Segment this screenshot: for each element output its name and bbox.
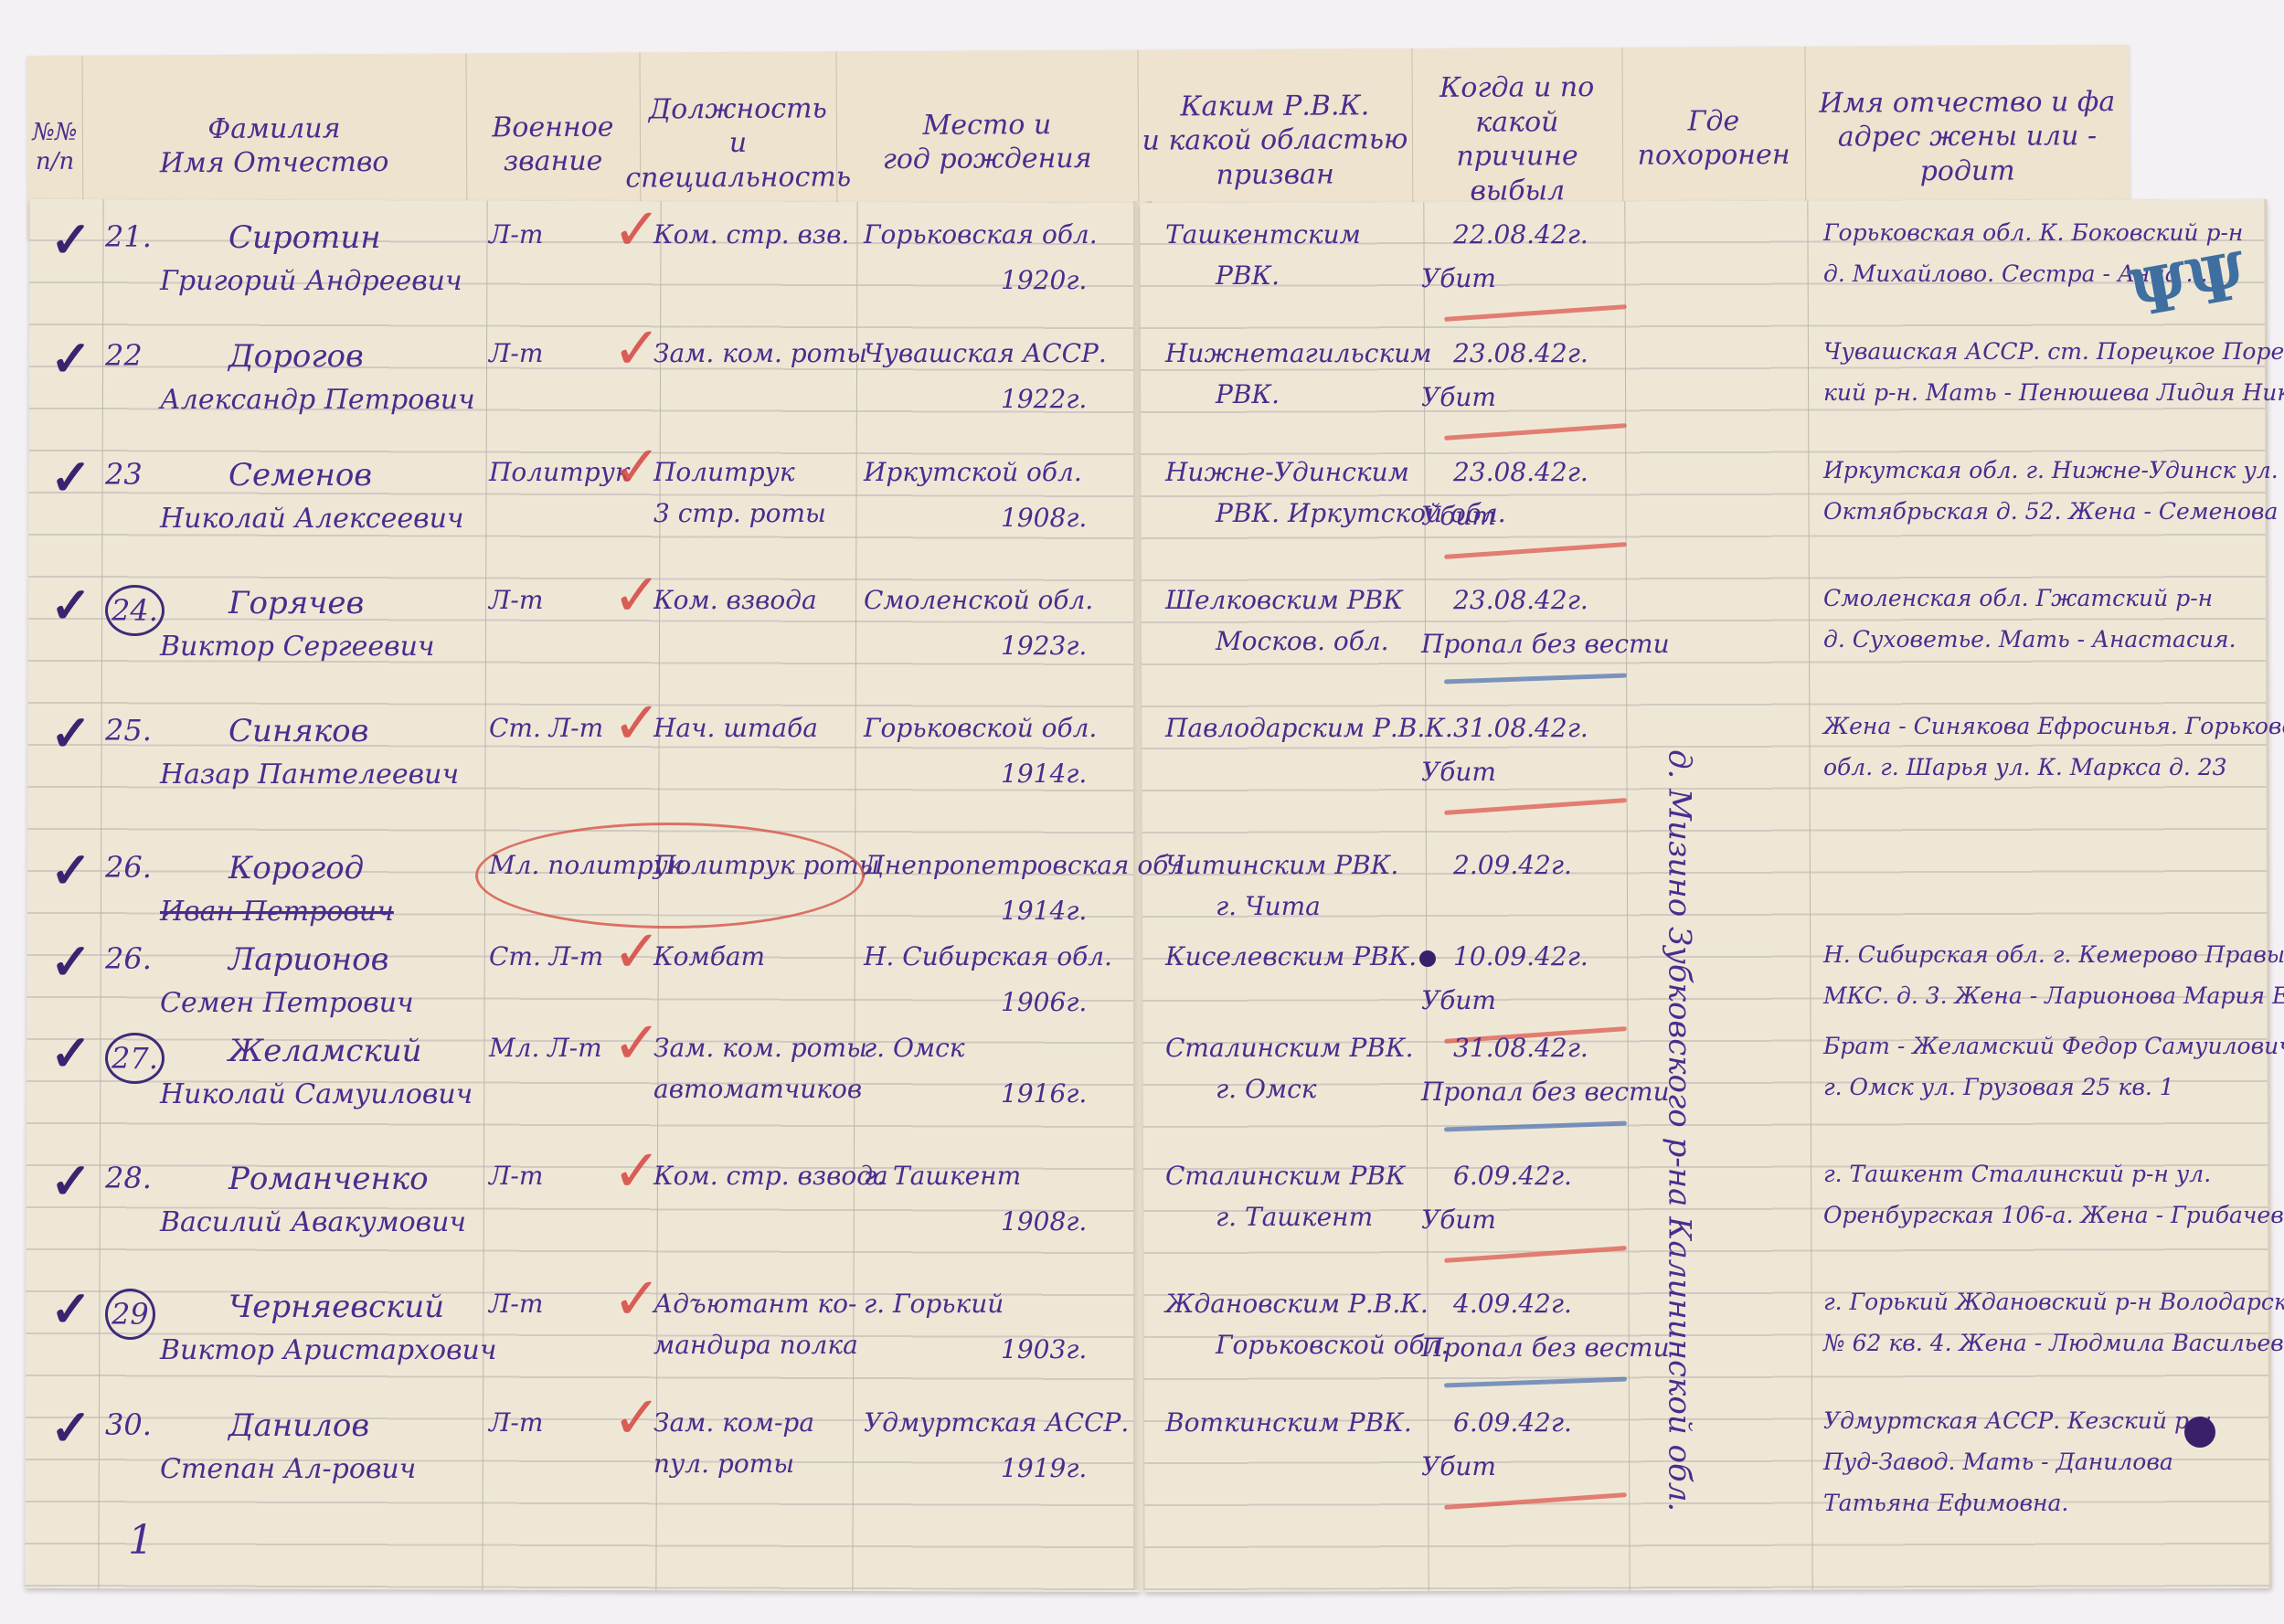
departure-date: 6.09.42г.: [1453, 1407, 1572, 1438]
surname: Ларионов: [228, 941, 388, 978]
header-buried-top: Где: [1687, 104, 1739, 139]
military-rank: Л-т: [489, 1407, 543, 1438]
relative-address-line: Жена - Синякова Ефросинья. Горьковская: [1823, 713, 2284, 739]
given-names: Виктор Сергеевич: [160, 631, 435, 663]
row-number: 26.: [105, 941, 152, 976]
birth-year: 1923г.: [1001, 631, 1087, 661]
birthplace: Смоленской обл.: [864, 585, 1093, 615]
relative-address-line: обл. г. Шарья ул. К. Маркса д. 23: [1823, 754, 2227, 780]
row-number: 23: [105, 457, 143, 492]
relative-address-line: № 62 кв. 4. Жена - Людмила Васильев.: [1823, 1330, 2284, 1356]
given-names: Николай Самуилович: [160, 1078, 473, 1110]
draft-office: Читинским РВК.: [1165, 850, 1398, 880]
check-mark-icon: ✓: [50, 1398, 91, 1457]
header-rvk-bottom: призван: [1216, 157, 1334, 192]
departure-date: 4.09.42г.: [1453, 1289, 1572, 1319]
row-number: 24.: [105, 585, 165, 636]
draft-office-continued: г. Ташкент: [1216, 1202, 1373, 1232]
row-number: 22: [105, 338, 143, 373]
relative-address-line: Брат - Желамский Федор Самуилович.: [1823, 1033, 2284, 1059]
given-names: Иван Петрович: [160, 896, 394, 928]
check-mark-icon: ✓: [50, 1152, 91, 1210]
birthplace: Удмуртская АССР.: [864, 1407, 1129, 1438]
position: Ком. взвода: [653, 585, 817, 615]
departure-reason: Убит: [1421, 1451, 1496, 1481]
draft-office: Ташкентским: [1165, 219, 1361, 249]
departure-date: 6.09.42г.: [1453, 1161, 1572, 1191]
relative-address-line: Горьковская обл. К. Боковский р-н: [1823, 219, 2243, 246]
position: Зам. ком. роты: [653, 1033, 867, 1063]
surname: Данилов: [228, 1407, 369, 1444]
position: Зам. ком. роты: [653, 338, 867, 368]
birthplace: Горьковская обл.: [864, 219, 1098, 249]
birthplace: г. Ташкент: [864, 1161, 1021, 1191]
check-mark-icon: ✓: [50, 1279, 91, 1338]
burial-place-note: д. Мизино Зубковского р-на Калининской о…: [1654, 749, 1704, 1512]
check-mark-icon: ✓: [50, 1024, 91, 1082]
draft-office: Киселевским РВК.: [1165, 941, 1417, 971]
draft-office-continued: Горьковской обл.: [1216, 1330, 1449, 1360]
departure-date: 2.09.42г.: [1453, 850, 1572, 880]
given-names: Степан Ал-рович: [160, 1453, 416, 1485]
relative-address-line: кий р-н. Мать - Пенюшева Лидия Ник.: [1823, 379, 2284, 406]
surname: Желамский: [228, 1033, 422, 1069]
check-mark-icon: ✓: [50, 704, 91, 762]
header-name-surname: Фамилия: [207, 111, 340, 146]
header-buried-bottom: похоронен: [1638, 138, 1790, 173]
birthplace: Горьковской обл.: [864, 713, 1097, 743]
birthplace: г. Горький: [864, 1289, 1004, 1319]
ink-dot: [1419, 950, 1436, 967]
row-number: 25.: [105, 713, 152, 748]
row-number: 28.: [105, 1161, 152, 1195]
corner-mark: 1: [128, 1517, 154, 1564]
draft-office: Нижнетагильским: [1165, 338, 1431, 368]
given-names: Семен Петрович: [160, 987, 414, 1019]
header-position-bottom: специальность: [625, 160, 851, 196]
header-rvk-top: Каким Р.В.К.: [1180, 89, 1369, 124]
draft-office: Ждановским Р.В.К.: [1165, 1289, 1429, 1319]
row-number: 29: [105, 1289, 155, 1340]
birthplace: Н. Сибирская обл.: [864, 941, 1112, 971]
departure-reason: Убит: [1421, 757, 1496, 787]
ink-blot: [2184, 1417, 2215, 1448]
departure-reason: Убит: [1421, 263, 1496, 293]
position-continued: пул. роты: [653, 1449, 794, 1479]
check-mark-icon: ✓: [50, 210, 91, 269]
position: Нач. штаба: [653, 713, 818, 743]
departure-date: 23.08.42г.: [1453, 585, 1588, 615]
departure-date: 22.08.42г.: [1453, 219, 1588, 249]
position: Ком. стр. взв.: [653, 219, 849, 249]
birth-year: 1908г.: [1001, 503, 1087, 533]
header-when-mid: какой причине: [1412, 104, 1622, 174]
departure-reason: Убит: [1421, 382, 1496, 412]
relative-address-line: г. Ташкент Сталинский р-н ул.: [1823, 1161, 2211, 1187]
birthplace: Днепропетровская обл.: [864, 850, 1193, 880]
check-mark-icon: ✓: [50, 448, 91, 506]
row-number: 21.: [105, 219, 152, 254]
surname: Горячев: [228, 585, 364, 621]
military-rank: Ст. Л-т: [489, 713, 603, 743]
surname: Дорогов: [228, 338, 364, 375]
position: Зам. ком-ра: [653, 1407, 814, 1438]
draft-office: Шелковским РВК: [1165, 585, 1403, 615]
departure-reason: Пропал без вести: [1421, 629, 1670, 659]
position: Политрук: [653, 457, 795, 487]
departure-date: 31.08.42г.: [1453, 1033, 1588, 1063]
header-relative-top: Имя отчество и фа: [1819, 85, 2115, 121]
draft-office-continued: Москов. обл.: [1216, 626, 1389, 656]
military-rank: Политрук: [489, 457, 631, 487]
header-relative-bottom: адрес жены или - родит: [1805, 119, 2130, 189]
departure-date: 10.09.42г.: [1453, 941, 1588, 971]
relative-address-line: МКС. д. 3. Жена - Ларионова Мария Еф.: [1823, 982, 2284, 1009]
header-number-label: №№ п/п: [27, 117, 82, 176]
surname: Черняевский: [228, 1289, 444, 1325]
relative-address-line: Пуд-Завод. Мать - Данилова: [1823, 1449, 2173, 1475]
relative-address-line: Удмуртская АССР. Кезский р-н: [1823, 1407, 2212, 1434]
military-rank: Ст. Л-т: [489, 941, 603, 971]
military-rank: Л-т: [489, 1289, 543, 1319]
birth-year: 1922г.: [1001, 384, 1087, 414]
birth-year: 1903г.: [1001, 1334, 1087, 1364]
relative-address-line: Н. Сибирская обл. г. Кемерово Правый бер…: [1823, 941, 2284, 968]
relative-address-line: г. Горький Ждановский р-н Володарская: [1823, 1289, 2284, 1315]
given-names: Николай Алексеевич: [160, 503, 464, 535]
check-mark-icon: ✓: [50, 576, 91, 634]
military-rank: Л-т: [489, 219, 543, 249]
given-names: Назар Пантелеевич: [160, 759, 459, 791]
draft-office: Павлодарским Р.В.К.: [1165, 713, 1453, 743]
header-rank-bottom: звание: [504, 144, 603, 179]
departure-reason: Убит: [1421, 501, 1496, 531]
departure-date: 23.08.42г.: [1453, 457, 1588, 487]
header-name-given: Имя Отчество: [160, 145, 389, 181]
row-number: 30.: [105, 1407, 152, 1442]
birth-year: 1906г.: [1001, 987, 1087, 1017]
position: Ком. стр. взвода: [653, 1161, 888, 1191]
birthplace: г. Омск: [864, 1033, 965, 1063]
birth-year: 1916г.: [1001, 1078, 1087, 1109]
relative-address-line: Оренбургская 106-а. Жена - Грибачева К.Б…: [1823, 1202, 2284, 1228]
relative-address-line: г. Омск ул. Грузовая 25 кв. 1: [1823, 1074, 2174, 1100]
military-rank: Мл. Л-т: [489, 1033, 602, 1063]
relative-address-line: д. Суховетье. Мать - Анастасия.: [1823, 626, 2236, 653]
header-birth-top: Место и: [922, 108, 1051, 143]
birth-year: 1919г.: [1001, 1453, 1087, 1483]
draft-office-continued: РВК.: [1216, 379, 1280, 409]
birth-year: 1914г.: [1001, 759, 1087, 789]
birth-year: 1920г.: [1001, 265, 1087, 295]
departure-reason: Убит: [1421, 985, 1496, 1015]
surname: Корогод: [228, 850, 364, 886]
row-number: 27.: [105, 1033, 165, 1084]
birthplace: Чувашская АССР.: [864, 338, 1107, 368]
birthplace: Иркутской обл.: [864, 457, 1082, 487]
departure-reason: Пропал без вести: [1421, 1332, 1670, 1363]
header-when-top: Когда и по: [1439, 70, 1594, 105]
departure-date: 31.08.42г.: [1453, 713, 1588, 743]
relative-address-line: Октябрьская д. 52. Жена - Семенова В.М.: [1823, 498, 2284, 525]
birth-year: 1914г.: [1001, 896, 1087, 926]
military-rank: Л-т: [489, 1161, 543, 1191]
red-circle-annotation: [475, 823, 865, 929]
header-rank-top: Военное: [492, 110, 613, 144]
draft-office-continued: г. Чита: [1216, 891, 1321, 921]
relative-address-line: Иркутская обл. г. Нижне-Удинск ул.: [1823, 457, 2279, 483]
given-names: Виктор Аристархович: [160, 1334, 497, 1366]
relative-address-line: Татьяна Ефимовна.: [1823, 1490, 2068, 1516]
position-continued: мандира полка: [653, 1330, 858, 1360]
header-position-top: Должность: [649, 91, 827, 127]
military-rank: Л-т: [489, 338, 543, 368]
departure-reason: Пропал без вести: [1421, 1077, 1670, 1107]
military-rank: Л-т: [489, 585, 543, 615]
surname: Синяков: [228, 713, 368, 749]
surname: Семенов: [228, 457, 372, 494]
birth-year: 1908г.: [1001, 1206, 1087, 1237]
given-names: Александр Петрович: [160, 384, 475, 416]
draft-office: Сталинским РВК.: [1165, 1033, 1414, 1063]
departure-date: 23.08.42г.: [1453, 338, 1588, 368]
relative-address-line: Чувашская АССР. ст. Порецкое Порец-: [1823, 338, 2284, 365]
position-continued: автоматчиков: [653, 1074, 862, 1104]
header-position-mid: и: [729, 126, 748, 161]
check-mark-icon: ✓: [50, 841, 91, 899]
departure-reason: Убит: [1421, 1205, 1496, 1235]
draft-office: Сталинским РВК: [1165, 1161, 1406, 1191]
row-number: 26.: [105, 850, 152, 885]
relative-address-line: Смоленская обл. Гжатский р-н: [1823, 585, 2213, 611]
draft-office: Нижне-Удинским: [1165, 457, 1409, 487]
given-names: Григорий Андреевич: [160, 265, 462, 297]
position: Адъютант ко-: [653, 1289, 856, 1319]
draft-office-continued: г. Омск: [1216, 1074, 1317, 1104]
surname: Романченко: [228, 1161, 429, 1197]
header-rvk-mid: и какой областью: [1142, 122, 1408, 158]
check-mark-icon: ✓: [50, 329, 91, 387]
header-birth-bottom: год рождения: [883, 142, 1092, 177]
position-continued: 3 стр. роты: [653, 498, 826, 528]
given-names: Василий Авакумович: [160, 1206, 466, 1238]
check-mark-icon: ✓: [50, 932, 91, 991]
draft-office-continued: РВК.: [1216, 260, 1280, 291]
draft-office: Воткинским РВК.: [1165, 1407, 1412, 1438]
position: Комбат: [653, 941, 765, 971]
surname: Сиротин: [228, 219, 381, 256]
